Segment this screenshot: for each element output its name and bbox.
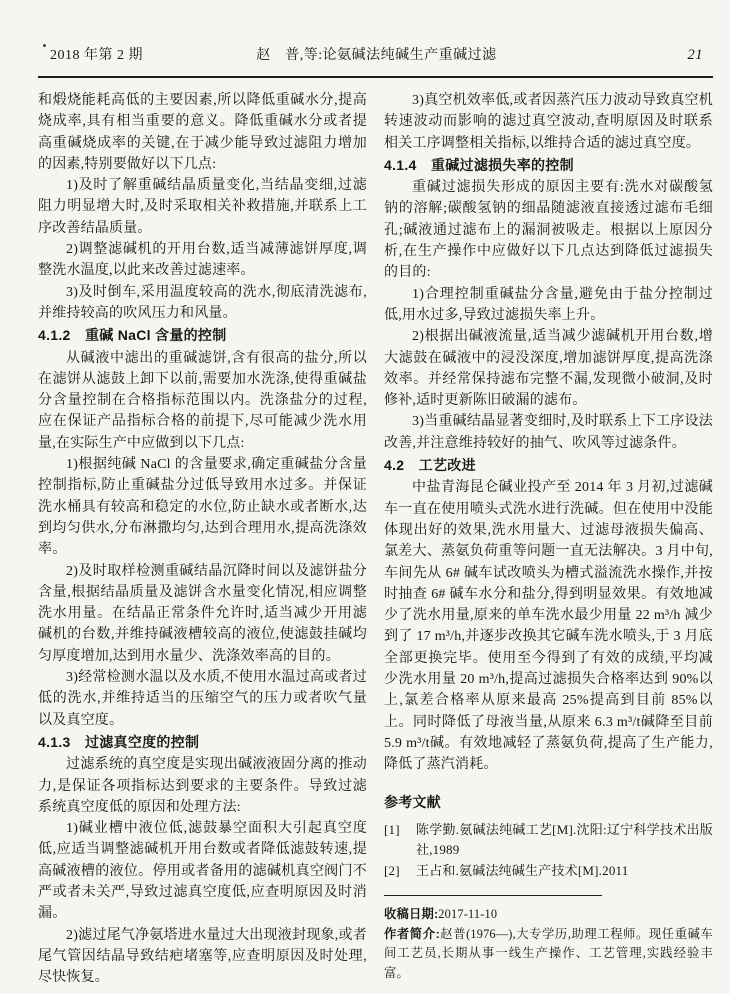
paragraph: 和煅烧能耗高低的主要因素,所以降低重碱水分,提高烧成率,具有相当重要的意义。降低… <box>38 90 367 175</box>
section-heading: 4.1.4 重碱过滤损失率的控制 <box>384 155 713 176</box>
paragraph: 1)根据纯碱 NaCl 的含量要求,确定重碱盐分含量控制指标,防止重碱盐分过低导… <box>38 454 367 560</box>
section-heading: 4.2 工艺改进 <box>384 455 713 476</box>
paragraph: 2)及时取样检测重碱结晶沉降时间以及滤饼盐分含量,根据结晶质量及滤饼含水量变化情… <box>38 561 367 667</box>
reference-text: 陈学勤.氨碱法纯碱工艺[M].沈阳:辽宁科学技术出版社,1989 <box>416 820 713 861</box>
scan-speck <box>43 44 46 47</box>
header-page-number: 21 <box>513 47 713 64</box>
reference-item: [1]陈学勤.氨碱法纯碱工艺[M].沈阳:辽宁科学技术出版社,1989 <box>384 820 713 861</box>
paragraph: 1)碱业槽中液位低,滤鼓暴空面积大引起真空度低,应适当调整滤碱机开用台数或者降低… <box>38 818 367 924</box>
reference-item: [2]王占和.氨碱法纯碱生产技术[M].2011 <box>384 861 713 882</box>
paragraph: 3)当重碱结晶显著变细时,及时联系上下工序设法改善,并注意维持较好的抽气、吹风等… <box>384 411 713 454</box>
left-column: 和煅烧能耗高低的主要因素,所以降低重碱水分,提高烧成率,具有相当重要的意义。降低… <box>38 90 367 988</box>
footnote-text: 2017-11-10 <box>438 907 497 921</box>
footnote-label: 作者简介: <box>384 927 440 941</box>
paragraph: 1)合理控制重碱盐分含量,避免由于盐分控制过低,用水过多,导致过滤损失率上升。 <box>384 284 713 327</box>
paragraph: 3)经常检测水温以及水质,不使用水温过高或者过低的洗水,并维持适当的压缩空气的压… <box>38 667 367 731</box>
paragraph: 中盐青海昆仑碱业投产至 2014 年 3 月初,过滤碱车一直在使用喷头式洗水进行… <box>384 477 713 775</box>
page-header: 2018 年第 2 期 赵 普,等:论氨碱法纯碱生产重碱过滤 21 <box>38 44 713 64</box>
paragraph: 3)及时倒车,采用温度较高的洗水,彻底清洗滤布,并维持较高的吹风压力和风量。 <box>38 282 367 325</box>
paragraph: 2)根据出碱液流量,适当减少滤碱机开用台数,增大滤鼓在碱液中的浸没深度,增加滤饼… <box>384 326 713 411</box>
paragraph: 2)滤过尾气净氨塔进水量过大出现液封现象,或者尾气管因结晶导致结疤堵塞等,应查明… <box>38 925 367 989</box>
footnote-divider <box>384 895 602 896</box>
paragraph: 从碱液中滤出的重碱滤饼,含有很高的盐分,所以在滤饼从滤鼓上卸下以前,需要加水洗涤… <box>38 348 367 454</box>
journal-page: 2018 年第 2 期 赵 普,等:论氨碱法纯碱生产重碱过滤 21 和煅烧能耗高… <box>0 0 730 994</box>
references-heading: 参考文献 <box>384 792 713 812</box>
section-heading: 4.1.3 过滤真空度的控制 <box>38 732 367 753</box>
paragraph: 2)调整滤碱机的开用台数,适当减薄滤饼厚度,调整洗水温度,以此来改善过滤速率。 <box>38 239 367 282</box>
paragraph: 1)及时了解重碱结晶质量变化,当结晶变细,过滤阻力明显增大时,及时采取相关补救措… <box>38 175 367 239</box>
footnote: 作者简介:赵普(1976—),大专学历,助理工程师。现任重碱车间工艺员,长期从事… <box>384 925 713 984</box>
article-body: 和煅烧能耗高低的主要因素,所以降低重碱水分,提高烧成率,具有相当重要的意义。降低… <box>38 90 713 988</box>
reference-label: [2] <box>384 861 416 882</box>
footnote: 收稿日期:2017-11-10 <box>384 905 713 925</box>
reference-text: 王占和.氨碱法纯碱生产技术[M].2011 <box>416 861 713 882</box>
reference-label: [1] <box>384 820 416 861</box>
right-column: 3)真空机效率低,或者因蒸汽压力波动导致真空机转速波动而影响的滤过真空波动,查明… <box>384 90 713 988</box>
paragraph: 3)真空机效率低,或者因蒸汽压力波动导致真空机转速波动而影响的滤过真空波动,查明… <box>384 90 713 154</box>
paragraph: 重碱过滤损失形成的原因主要有:洗水对碳酸氢钠的溶解;碳酸氢钠的细晶随滤液直接透过… <box>384 177 713 283</box>
header-running-title: 赵 普,等:论氨碱法纯碱生产重碱过滤 <box>240 44 513 64</box>
footnote-label: 收稿日期: <box>384 907 438 921</box>
header-issue: 2018 年第 2 期 <box>38 44 240 64</box>
paragraph: 过滤系统的真空度是实现出碱液液固分离的推动力,是保证各项指标达到要求的主要条件。… <box>38 754 367 818</box>
header-rule <box>38 76 713 78</box>
section-heading: 4.1.2 重碱 NaCl 含量的控制 <box>38 325 367 346</box>
